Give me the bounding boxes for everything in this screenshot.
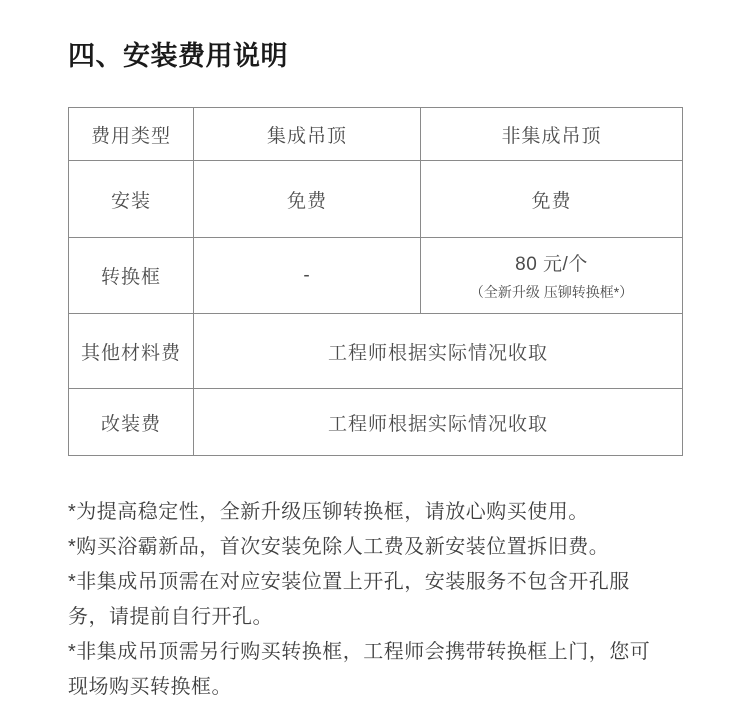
adapter-frame-price: 80 元/个: [421, 249, 682, 276]
footnote-first-install: *购买浴霸新品，首次安装免除人工费及新安装位置拆旧费。: [68, 530, 670, 565]
table-row-refit-fee: 改装费 工程师根据实际情况收取: [69, 389, 683, 456]
footnote-drilling: *非集成吊顶需在对应安装位置上开孔，安装服务不包含开孔服务，请提前自行开孔。: [68, 565, 670, 635]
other-materials-label: 其他材料费: [69, 314, 194, 389]
page-title: 四、安装费用说明: [68, 34, 288, 73]
table-row-header: 费用类型 集成吊顶 非集成吊顶: [69, 108, 683, 161]
table-row-other-materials: 其他材料费 工程师根据实际情况收取: [69, 314, 683, 389]
adapter-frame-integrated-value: -: [194, 238, 421, 314]
footnotes: *为提高稳定性，全新升级压铆转换框，请放心购买使用。 *购买浴霸新品，首次安装免…: [68, 495, 670, 705]
header-non-integrated-ceiling: 非集成吊顶: [421, 108, 683, 161]
fee-table: 费用类型 集成吊顶 非集成吊顶 安装 免费 免费 转换框 - 80 元/个 （全…: [68, 107, 683, 456]
refit-fee-value: 工程师根据实际情况收取: [194, 389, 683, 456]
table-row-install: 安装 免费 免费: [69, 161, 683, 238]
other-materials-value: 工程师根据实际情况收取: [194, 314, 683, 389]
install-non-integrated-value: 免费: [421, 161, 683, 238]
header-integrated-ceiling: 集成吊顶: [194, 108, 421, 161]
table-row-adapter-frame: 转换框 - 80 元/个 （全新升级 压铆转换框*）: [69, 238, 683, 314]
install-label: 安装: [69, 161, 194, 238]
adapter-frame-non-integrated-cell: 80 元/个 （全新升级 压铆转换框*）: [421, 238, 683, 314]
header-fee-type: 费用类型: [69, 108, 194, 161]
refit-fee-label: 改装费: [69, 389, 194, 456]
install-integrated-value: 免费: [194, 161, 421, 238]
footnote-stability: *为提高稳定性，全新升级压铆转换框，请放心购买使用。: [68, 495, 670, 530]
adapter-frame-price-note: （全新升级 压铆转换框*）: [421, 282, 682, 302]
adapter-frame-label: 转换框: [69, 238, 194, 314]
footnote-buy-adapter-frame: *非集成吊顶需另行购买转换框，工程师会携带转换框上门，您可现场购买转换框。: [68, 635, 670, 705]
